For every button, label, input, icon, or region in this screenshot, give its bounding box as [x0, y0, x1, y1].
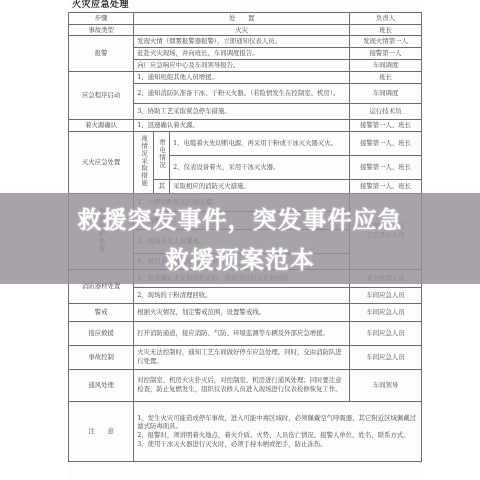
table-row: 着火源确认 1、迅速确认着火源。 接警第一人、班长 — [69, 119, 422, 131]
header-step: 步骤 — [69, 13, 134, 25]
cell-owner: 运行技术员 — [350, 103, 422, 119]
cell-action: 根据火灾情况，划定警戒范围，设置警戒线。 — [134, 303, 350, 321]
table-row: 灭火应急处置 视情况采取措施 带电情况 1、电缆着火先切断电源，再采用干粉或干冰… — [69, 131, 422, 155]
note-item: 3、使用干冰灭火器进行灭火时，必须手持木柄或把手，防止冻伤。 — [137, 440, 418, 449]
cell-sub: 视情况采取措施 — [134, 131, 154, 193]
cell-owner: 发现火情第一人 — [350, 36, 422, 48]
headline-line-2: 救援预案范本 — [0, 240, 480, 275]
cell-action: 2、现场的干粉清理回收。 — [134, 287, 350, 303]
cell-step: 警戒 — [69, 303, 134, 321]
cell-owner: 车间应急人员 — [350, 345, 422, 369]
sub-label: 视情况采取措施 — [139, 135, 148, 187]
cell-owner: 车间应急人员 — [350, 321, 422, 345]
cell-step: 通风处理 — [69, 369, 134, 401]
cell-label: 事故类型 — [69, 24, 134, 36]
cell-action: 发现火情（烟雾报警器报警），立即通知仪表人员。 — [134, 36, 350, 48]
table-row: 接应救援 打开消防通道，接应消防、气防、环境监测等车辆及外部应急增援。 车间应急… — [69, 321, 422, 345]
cell-notes: 1、发生火灾可能造成停车事故，进入可能中毒区域时，必须佩戴空气呼吸器，其它附近区… — [134, 401, 422, 461]
cell-owner: 班长 — [350, 24, 422, 36]
cell-step: 接应救援 — [69, 321, 134, 345]
table-row: 通风处理 对控制室、机房火灾扑灭后，对控制室、机房进行通风处理；同时要注意检查，… — [69, 369, 422, 401]
cell-action: 采取相应的消防灭火措施。 — [170, 179, 350, 193]
cell-owner: 接警第一人、班长 — [350, 155, 422, 179]
cell-action: 火灾无法控制时，通知工艺车间做好停车应急处理。同时，交由消防队进行处置。 — [134, 345, 350, 369]
cell-owner: 车间领导 — [350, 369, 422, 401]
sub2-label: 带电情况 — [157, 139, 166, 169]
cell-step: 灭火应急处置 — [69, 131, 134, 193]
cell-owner: 车间调度 — [350, 83, 422, 103]
cell-step: 报警 — [69, 36, 134, 72]
cell-sub2: 带电情况 — [154, 131, 170, 179]
table-row: 事故类型 火灾 班长 — [69, 24, 422, 36]
headline-line-1: 救援突发事件，突发事件应急 — [0, 200, 480, 235]
cell-action: 打开消防通道，接应消防、气防、环境监测等车辆及外部应急增援。 — [134, 321, 350, 345]
cell-value: 火灾 — [134, 24, 350, 36]
cell-owner: 车间应急人员 — [350, 303, 422, 321]
cell-action: 对控制室、机房火灾扑灭后，对控制室、机房进行通风处理；同时要注意检查，防止复燃发… — [134, 369, 350, 401]
table-row: 应急程序启动 1、通知班组其他人员增援。 班长 — [69, 72, 422, 84]
cell-action: 2、通知消防队准备干冰、干粉灭火器。（若险情发生在控制室、机房）。 — [134, 83, 350, 103]
header-owner: 负责人 — [350, 13, 422, 25]
cell-action: 3、协助工艺采取紧急停车措施。 — [134, 103, 350, 119]
cell-action: 向厂应急响应中心及车间领导报告。 — [134, 60, 350, 72]
table-header-row: 步骤 处 置 负责人 — [69, 13, 422, 25]
cell-owner: 班长 — [350, 72, 422, 84]
cell-owner: 接警第一人、班长 — [350, 179, 422, 193]
cell-action: 1、迅速确认着火源。 — [134, 119, 350, 131]
cell-owner: 车间应急人员 — [350, 287, 422, 303]
cell-action: 2、仪表设备着火，采用干冰灭火器。 — [170, 155, 350, 179]
note-item: 2、报警时，须讲明着火地点，着火介质、火势、人员伤亡情况、报警人单位、姓名、联系… — [137, 431, 418, 440]
cell-owner: 接警第一人 — [350, 48, 422, 60]
cell-owner: 车间调度 — [350, 60, 422, 72]
cell-action: 1、电缆着火先切断电源，再采用干粉或干冰灭火器灭火。 — [170, 131, 350, 155]
table-row: 注 意 1、发生火灾可能造成停车事故，进入可能中毒区域时，必须佩戴空气呼吸器，其… — [69, 401, 422, 461]
cell-step: 注 意 — [69, 401, 134, 461]
cell-step: 着火源确认 — [69, 119, 134, 131]
note-item: 1、发生火灾可能造成停车事故，进入可能中毒区域时，必须佩戴空气呼吸器，其它附近区… — [137, 414, 418, 431]
cell-action: 赶赴火灾现场，并向班长、车间调度报告。 — [134, 48, 350, 60]
cell-owner: 接警第一人、班长 — [350, 131, 422, 155]
cell-owner: 接警第一人、班长 — [350, 119, 422, 131]
table-row: 警戒 根据火灾情况，划定警戒范围，设置警戒线。 车间应急人员 — [69, 303, 422, 321]
cell-sub2: 其 — [154, 179, 170, 193]
header-action: 处 置 — [134, 13, 350, 25]
table-row: 报警 发现火情（烟雾报警器报警），立即通知仪表人员。 发现火情第一人 — [69, 36, 422, 48]
cell-action: 1、通知班组其他人员增援。 — [134, 72, 350, 84]
cell-step: 事故控制 — [69, 345, 134, 369]
document-title: 火灾应急处理 — [72, 0, 129, 10]
cell-step: 应急程序启动 — [69, 72, 134, 120]
table-row: 事故控制 火灾无法控制时，通知工艺车间做好停车应急处理。同时，交由消防队进行处置… — [69, 345, 422, 369]
